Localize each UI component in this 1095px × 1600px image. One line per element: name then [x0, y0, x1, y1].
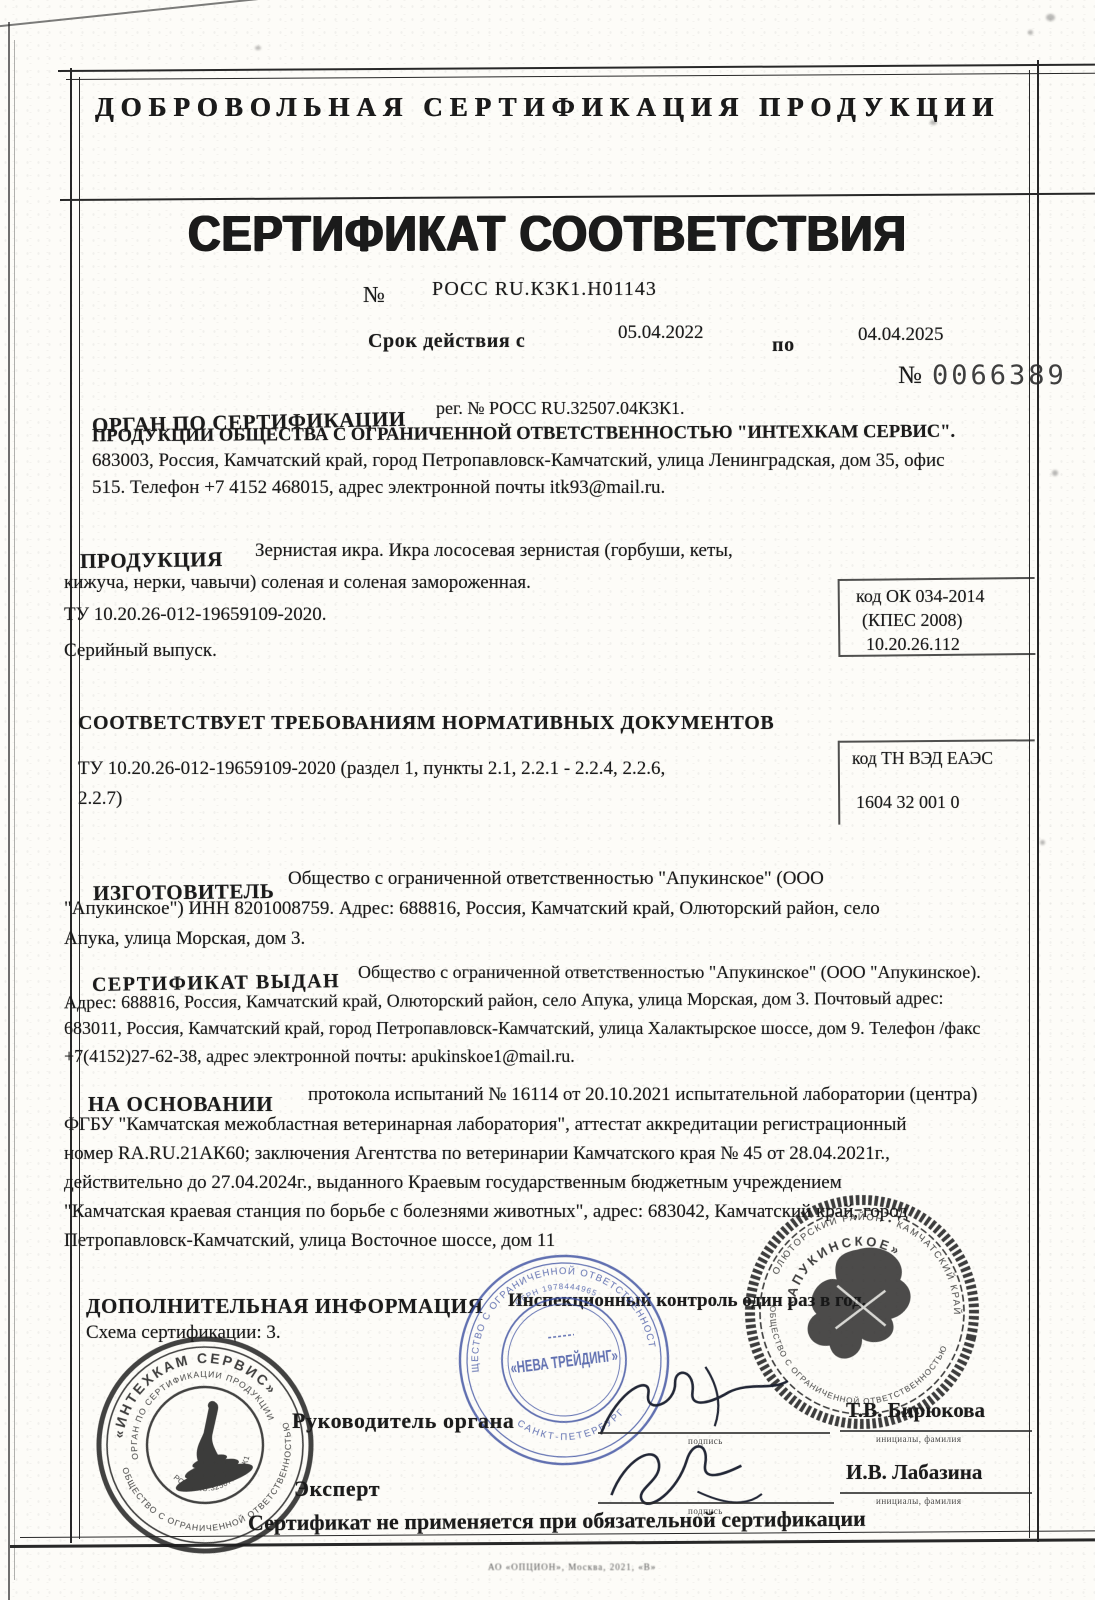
head-name-caption: инициалы, фамилия [876, 1434, 961, 1444]
validity-label: Срок действия с [368, 330, 525, 353]
basis-line: номер RA.RU.21АК60; заключения Агентства… [64, 1143, 890, 1165]
expert-name-caption: инициалы, фамилия [876, 1496, 961, 1506]
cert-number-value: РОСС RU.К3К1.Н01143 [432, 278, 657, 301]
product-line: кижуча, нерки, чавычи) соленая и соленая… [64, 572, 531, 594]
issued-line: +7(4152)27-62-38, адрес электронной почт… [64, 1046, 575, 1067]
conformity-line: 2.2.7) [78, 788, 122, 810]
head-name: Т.В. Бирюкова [846, 1398, 985, 1423]
manufacturer-line: Общество с ограниченной ответственностью… [288, 868, 824, 890]
svg-text:«ИНТЕХКАМ СЕРВИС»: «ИНТЕХКАМ СЕРВИС» [93, 1329, 283, 1443]
validity-date-from: 05.04.2022 [618, 322, 704, 344]
ok-code-label: код ОК 034-2014 [856, 586, 984, 607]
header-band: ДОБРОВОЛЬНАЯ СЕРТИФИКАЦИЯ ПРОДУКЦИИ [0, 92, 1095, 123]
frame-left-outer [70, 68, 72, 1543]
form-number-label: № [898, 362, 922, 390]
product-line: ТУ 10.20.26-012-19659109-2020. [64, 604, 327, 626]
expert-label: Эксперт [294, 1476, 380, 1502]
product-line: Зернистая икра. Икра лососевая зернистая… [255, 540, 733, 562]
form-number-value: 0066389 [932, 360, 1067, 391]
expert-name-line [840, 1492, 1032, 1494]
issued-line: Общество с ограниченной ответственностью… [358, 962, 981, 983]
cert-number-label: № [363, 282, 385, 308]
frame-right-outer [1037, 60, 1039, 1542]
basis-line: Петропавловск-Камчатский, улица Восточно… [64, 1230, 555, 1252]
basis-line: действительно до 27.04.2024г., выданного… [64, 1172, 842, 1194]
scan-edge-line [8, 22, 10, 1600]
scanned-certificate-page: ДОБРОВОЛЬНАЯ СЕРТИФИКАЦИЯ ПРОДУКЦИИ СЕРТ… [0, 0, 1095, 1600]
org-reg-number: рег. № РОСС RU.32507.04К3К1. [436, 398, 685, 419]
issued-line: Адрес: 688816, Россия, Камчатский край, … [64, 988, 944, 1014]
expert-name: И.В. Лабазина [846, 1460, 982, 1485]
manufacturer-line: Апука, улица Морская, дом 3. [64, 928, 305, 950]
validity-po-label: по [772, 334, 795, 357]
frame-header-separator [60, 193, 1095, 201]
frame-top-inner [66, 73, 1095, 80]
basis-line: протокола испытаний № 16114 от 20.10.202… [308, 1084, 977, 1106]
conformity-section-label: СООТВЕТСТВУЕТ ТРЕБОВАНИЯМ НОРМАТИВНЫХ ДО… [78, 712, 774, 735]
frame-top-outer [58, 64, 1095, 72]
head-name-line [840, 1430, 1032, 1432]
tnved-code-value: 1604 32 001 0 [856, 792, 960, 813]
tnved-code-label: код ТН ВЭД ЕАЭС [852, 748, 993, 769]
org-line: ПРОДУКЦИИ ОБЩЕСТВА С ОГРАНИЧЕННОЙ ОТВЕТС… [92, 422, 955, 448]
scan-edge-line-2 [14, 40, 15, 1580]
org-line: 515. Телефон +7 4152 468015, адрес элект… [92, 477, 665, 499]
manufacturer-line: "Апукинское") ИНН 8201008759. Адрес: 688… [64, 898, 880, 920]
ok-code-value: 10.20.26.112 [866, 634, 960, 655]
product-line: Серийный выпуск. [64, 640, 217, 662]
validity-date-to: 04.04.2025 [858, 324, 944, 346]
org-line: 683003, Россия, Камчатский край, город П… [92, 450, 945, 472]
intehkam-ring-top-text: «ИНТЕХКАМ СЕРВИС» [93, 1329, 283, 1443]
conformity-line: ТУ 10.20.26-012-19659109-2020 (раздел 1,… [78, 758, 665, 780]
expert-signature-line [598, 1502, 834, 1504]
ok-code-sub: (КПЕС 2008) [862, 610, 963, 631]
disclaimer: Сертификат не применяется при обязательн… [248, 1506, 866, 1536]
scan-corner-artifact [0, 0, 271, 28]
head-of-body-label: Руководитель органа [292, 1408, 515, 1434]
print-imprint: АО «ОПЦИОН», Москва, 2021, «В» [488, 1562, 656, 1572]
intehkam-emblem-icon [155, 1395, 255, 1497]
product-section-label: ПРОДУКЦИЯ [80, 547, 223, 574]
document-title: СЕРТИФИКАТ СООТВЕТСТВИЯ [11, 204, 1084, 262]
basis-line: ФГБУ "Камчатская межобластная ветеринарн… [64, 1114, 907, 1136]
issued-line: 683011, Россия, Камчатский край, город П… [64, 1018, 980, 1039]
